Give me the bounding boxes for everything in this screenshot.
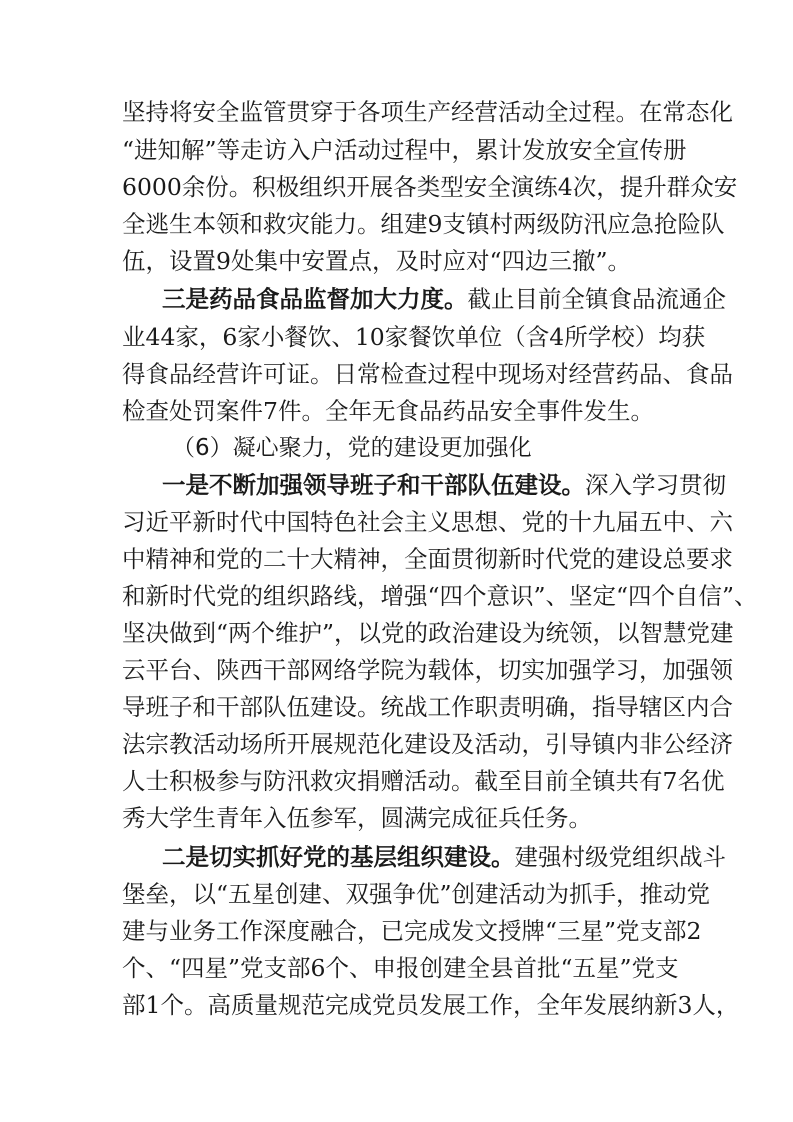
line-text: “进知解”等走访入户活动过程中，累计发放安全宣传册	[122, 136, 687, 164]
line-text: 6000余份。积极组织开展各类型安全演练4次，提升群众安	[122, 173, 737, 201]
paragraph-line: 导班子和干部队伍建设。统战工作职责明确，指导辖区内合	[122, 692, 674, 722]
line-text: 法宗教活动场所开展规范化建设及活动，引导镇内非公经济	[122, 730, 733, 758]
paragraph-line: 坚持将安全监管贯穿于各项生产经营活动全过程。在常态化	[122, 97, 674, 127]
line-text: 坚决做到“两个维护”，以党的政治建设为统领，以智慧党建	[122, 619, 734, 647]
section-heading-text: （6）凝心聚力，党的建设更加强化	[172, 435, 532, 461]
paragraph-line: 个、“四星”党支部6个、申报创建全县首批“五星”党支	[122, 953, 674, 983]
line-text: 导班子和干部队伍建设。统战工作职责明确，指导辖区内合	[122, 693, 733, 721]
line-text: 伍，设置9处集中安置点，及时应对“四边三撤”。	[122, 247, 631, 275]
paragraph-lead-title: 一是不断加强领导班子和干部队伍建设。	[162, 471, 585, 499]
line-text: 业44家，6家小餐饮、10家餐饮单位（含4所学校）均获	[122, 323, 705, 351]
paragraph-line: 法宗教活动场所开展规范化建设及活动，引导镇内非公经济	[122, 729, 674, 759]
paragraph-line: 堡垒，以“五星创建、双强争优”创建活动为抓手，推动党	[122, 879, 674, 909]
line-text: 坚持将安全监管贯穿于各项生产经营活动全过程。在常态化	[122, 98, 733, 126]
line-text: 全逃生本领和救灾能力。组建9支镇村两级防汛应急抢险队	[122, 210, 724, 238]
line-text: 建强村级党组织战斗	[515, 843, 727, 871]
paragraph-line: 习近平新时代中国特色社会主义思想、党的十九届五中、六	[122, 507, 674, 537]
paragraph-lead-line: 二是切实抓好党的基层组织建设。建强村级党组织战斗	[162, 842, 674, 872]
line-text: 中精神和党的二十大精神，全面贯彻新时代党的建设总要求	[122, 545, 733, 573]
paragraph-line: 人士积极参与防汛救灾捐赠活动。截至目前全镇共有7名优	[122, 766, 674, 796]
line-text: 云平台、陕西干部网络学院为载体，切实加强学习，加强领	[122, 656, 733, 684]
line-text: 人士积极参与防汛救灾捐赠活动。截至目前全镇共有7名优	[122, 767, 724, 795]
line-text: 深入学习贯彻	[585, 471, 726, 499]
line-text: 检查处罚案件7件。全年无食品药品安全事件发生。	[122, 397, 654, 425]
paragraph-lead-title: 三是药品食品监督加大力度。	[162, 285, 468, 313]
paragraph-line: 部1个。高质量规范完成党员发展工作，全年发展纳新3人，	[122, 990, 674, 1020]
paragraph-line: 和新时代党的组织路线，增强“四个意识”、坚定“四个自信”、	[122, 581, 674, 611]
section-heading: （6）凝心聚力，党的建设更加强化	[172, 433, 532, 463]
paragraph-line: 中精神和党的二十大精神，全面贯彻新时代党的建设总要求	[122, 544, 674, 574]
paragraph-line: 检查处罚案件7件。全年无食品药品安全事件发生。	[122, 396, 674, 426]
paragraph-line: 建与业务工作深度融合，已完成发文授牌“三星”党支部2	[122, 916, 674, 946]
paragraph-line: 全逃生本领和救灾能力。组建9支镇村两级防汛应急抢险队	[122, 209, 674, 239]
line-text: 建与业务工作深度融合，已完成发文授牌“三星”党支部2	[122, 917, 701, 945]
paragraph-lead-line: 三是药品食品监督加大力度。截止目前全镇食品流通企	[162, 284, 674, 314]
paragraph-line: 6000余份。积极组织开展各类型安全演练4次，提升群众安	[122, 172, 674, 202]
paragraph-line: 业44家，6家小餐饮、10家餐饮单位（含4所学校）均获	[122, 322, 674, 352]
paragraph-line: “进知解”等走访入户活动过程中，累计发放安全宣传册	[122, 135, 674, 165]
paragraph-line: 伍，设置9处集中安置点，及时应对“四边三撤”。	[122, 246, 674, 276]
line-text: 堡垒，以“五星创建、双强争优”创建活动为抓手，推动党	[122, 880, 710, 908]
line-text: 个、“四星”党支部6个、申报创建全县首批“五星”党支	[122, 954, 679, 982]
paragraph-line: 秀大学生青年入伍参军，圆满完成征兵任务。	[122, 803, 674, 833]
line-text: 部1个。高质量规范完成党员发展工作，全年发展纳新3人，	[122, 991, 739, 1019]
paragraph-line: 云平台、陕西干部网络学院为载体，切实加强学习，加强领	[122, 655, 674, 685]
paragraph-lead-title: 二是切实抓好党的基层组织建设。	[162, 843, 515, 871]
paragraph-line: 坚决做到“两个维护”，以党的政治建设为统领，以智慧党建	[122, 618, 674, 648]
line-text: 秀大学生青年入伍参军，圆满完成征兵任务。	[122, 804, 592, 832]
line-text: 习近平新时代中国特色社会主义思想、党的十九届五中、六	[122, 508, 733, 536]
line-text: 和新时代党的组织路线，增强“四个意识”、坚定“四个自信”、	[122, 582, 758, 610]
line-text: 截止目前全镇食品流通企	[468, 285, 727, 313]
line-text: 得食品经营许可证。日常检查过程中现场对经营药品、食品	[122, 360, 733, 388]
paragraph-line: 得食品经营许可证。日常检查过程中现场对经营药品、食品	[122, 359, 674, 389]
paragraph-lead-line: 一是不断加强领导班子和干部队伍建设。深入学习贯彻	[162, 470, 674, 500]
